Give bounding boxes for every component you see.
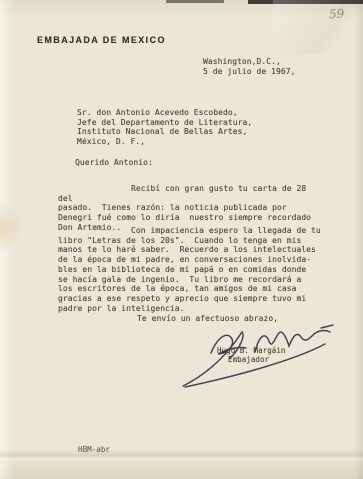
handwritten-page-number: 59 <box>329 6 345 21</box>
body-paragraph: Con impaciencia espero la llegada de tu … <box>58 226 326 313</box>
paper-crease <box>0 449 363 463</box>
salutation: Querido Antonio: <box>75 158 153 168</box>
paper-crease <box>0 203 20 251</box>
handwritten-signature-icon <box>175 324 345 394</box>
paper-crease <box>273 0 363 55</box>
closing-line: Te envío un afectuoso abrazo, <box>137 314 278 324</box>
dateline: Washington,D.C., 5 de julio de 1967, <box>203 57 295 76</box>
letterhead: EMBAJADA DE MEXICO <box>37 35 166 45</box>
reference-initials: HBM-abr <box>78 445 110 455</box>
recipient-address: Sr. don Antonio Acevedo Escobedo, Jefe d… <box>77 108 252 147</box>
scan-artifact <box>166 0 224 3</box>
letter-page: 59 EMBAJADA DE MEXICO Washington,D.C., 5… <box>0 0 363 479</box>
